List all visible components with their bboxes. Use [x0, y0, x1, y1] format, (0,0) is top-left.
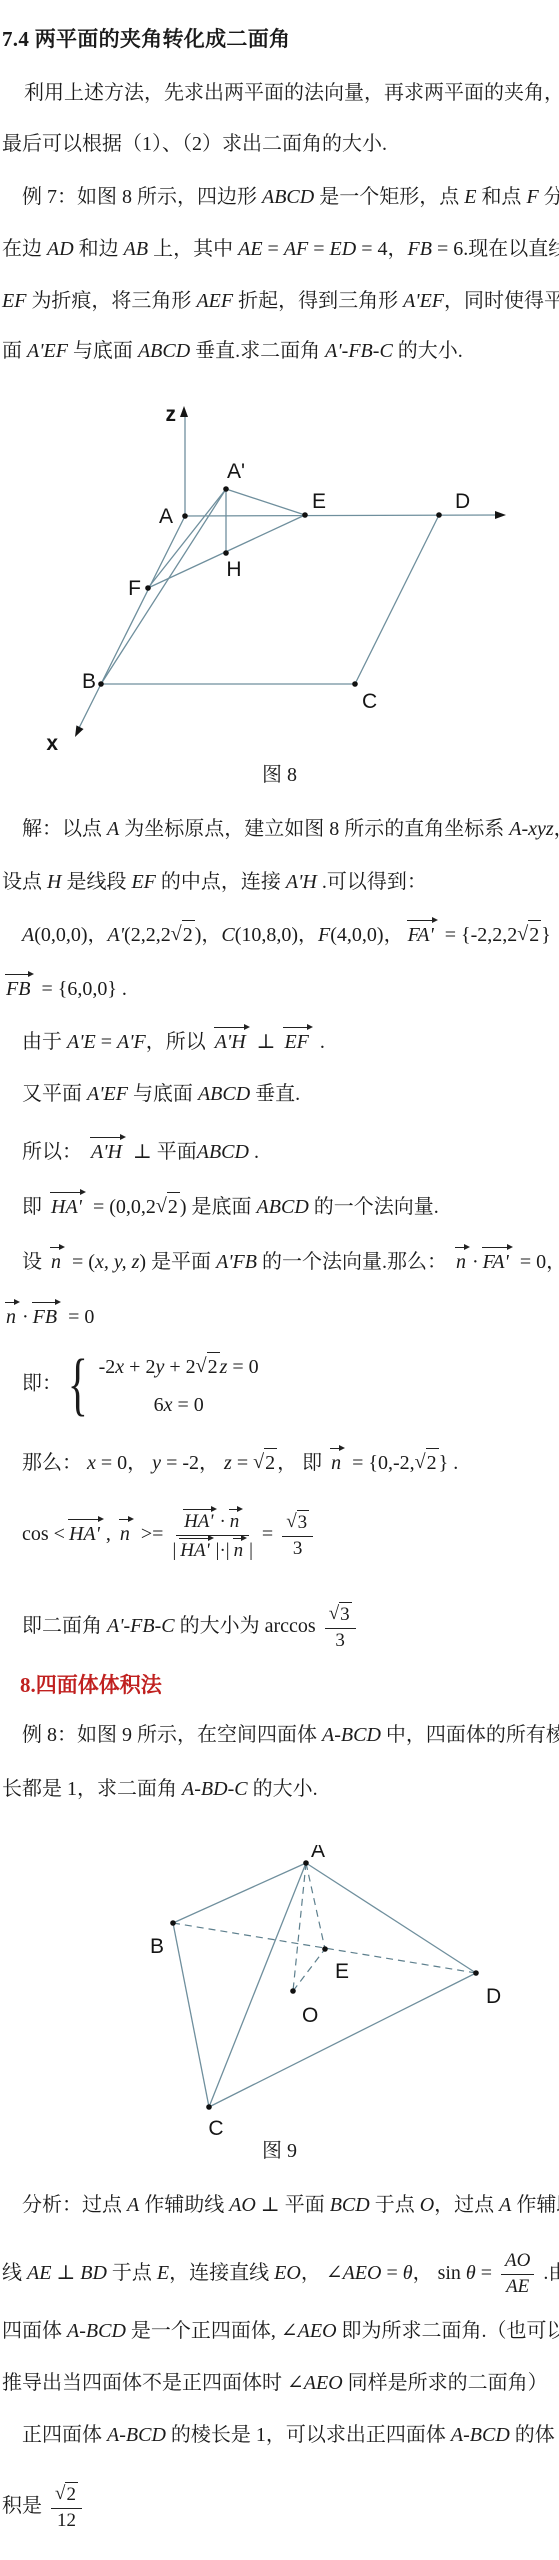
label-c: C: [208, 2117, 223, 2140]
analysis-line-1: 分析：过点 A 作辅助线 AO ⊥ 平面 BCD 于点 O，过点 A 作辅助: [22, 2192, 559, 2219]
solution-line-6: 又平面 A'EF 与底面 ABCD 垂直.: [22, 1081, 300, 1108]
label-e: E: [312, 490, 326, 513]
figure-9-diagram: A B E D O C: [0, 1845, 559, 2145]
label-d: D: [455, 490, 470, 513]
para-example8-1: 例 8：如图 9 所示，在空间四面体 A-BCD 中，四面体的所有棱: [22, 1722, 559, 1749]
x-arrowhead-icon: [71, 725, 83, 738]
solution-line-8: 即 HA' = (0,0,2√2) 是底面 ABCD 的一个法向量.: [22, 1191, 439, 1221]
label-b: B: [150, 1935, 164, 1958]
segment-ao: [293, 1863, 306, 1991]
edge-a1f: [148, 489, 226, 588]
solution-vector-fb: FB = {6,0,0} .: [2, 973, 127, 1003]
solution-conclusion: 即二面角 A'-FB-C 的大小为 arccos √33: [22, 1602, 360, 1653]
para-example7-2: 在边 AD 和边 AB 上，其中 AE = AF = ED = 4，FB = 6…: [2, 236, 559, 263]
figure-9-caption: 图 9: [0, 2138, 559, 2165]
solution-line-2: 设点 H 是线段 EF 的中点，连接 A'H .可以得到：: [2, 869, 427, 896]
page-title: 7.4 两平面的夹角转化成二面角: [2, 26, 290, 53]
point-f: [145, 585, 151, 591]
segment-ae: [306, 1863, 325, 1949]
edge-bc: [173, 1923, 209, 2107]
point-h: [223, 550, 229, 556]
z-arrowhead-icon: [180, 406, 188, 417]
para-method-1: 利用上述方法，先求出两平面的法向量，再求两平面的夹角，: [24, 80, 559, 107]
solution-line-10: n·FB = 0: [2, 1301, 94, 1331]
point-c: [206, 2104, 212, 2110]
edge-a1e: [226, 489, 305, 515]
figure-8-lines: [76, 412, 500, 734]
label-b: B: [82, 670, 96, 693]
point-b: [170, 1920, 176, 1926]
volume-line-1: 正四面体 A-BCD 的棱长是 1，可以求出正四面体 A-BCD 的体: [22, 2422, 555, 2449]
para-method-2: 最后可以根据（1）、（2）求出二面角的大小.: [2, 131, 387, 158]
label-f: F: [128, 577, 141, 600]
solution-line-9: 设 n = (x, y, z) 是平面 A'FB 的一个法向量.那么： n·FA…: [22, 1246, 559, 1276]
label-d: D: [486, 1985, 501, 2008]
label-e: E: [335, 1960, 349, 1983]
figure-8-caption: 图 8: [0, 762, 559, 789]
analysis-line-3: 四面体 A-BCD 是一个正四面体, ∠AEO 即为所求二面角.（也可以: [2, 2318, 559, 2345]
y-axis: [185, 515, 500, 516]
edge-cd: [209, 1973, 476, 2107]
point-d: [473, 1970, 479, 1976]
point-d: [436, 512, 442, 518]
point-b: [98, 681, 104, 687]
label-c: C: [362, 690, 377, 713]
para-example7-1: 例 7：如图 8 所示，四边形 ABCD 是一个矩形，点 E 和点 F 分别: [22, 184, 559, 211]
section-8-heading: 8.四面体体积法: [20, 1672, 162, 1699]
para-example8-2: 长都是 1，求二面角 A-BD-C 的大小.: [2, 1776, 318, 1803]
y-arrowhead-icon: [495, 511, 506, 519]
analysis-line-4: 推导出当四面体不是正四面体时 ∠AEO 同样是所求的二面角）: [2, 2370, 548, 2397]
analysis-line-2: 线 AE ⊥ BD 于点 E，连接直线 EO， ∠AEO = θ， sin θ …: [2, 2250, 559, 2299]
x-axis: [76, 516, 185, 734]
segment-oe: [293, 1949, 325, 1991]
point-e: [322, 1946, 328, 1952]
label-z: z: [166, 403, 177, 426]
figure-9-points: [170, 1860, 479, 2110]
figure-8-arrows: [71, 406, 506, 739]
point-o: [290, 1988, 296, 1994]
edge-cd: [355, 515, 439, 684]
edge-ad: [306, 1863, 476, 1973]
solution-coordinates: A(0,0,0)，A'(2,2,2√2)，C(10,8,0)，F(4,0,0)，…: [22, 919, 551, 949]
point-a: [182, 513, 188, 519]
point-c: [352, 681, 358, 687]
solution-line-7: 所以： A'H ⊥ 平面ABCD .: [22, 1136, 259, 1166]
figure-9-dashed-lines: [173, 1863, 476, 1991]
figure-9-solid-lines: [173, 1863, 476, 2107]
label-a: A: [159, 505, 173, 528]
label-a-prime: A': [227, 460, 245, 483]
point-e: [302, 512, 308, 518]
equation-system: 即： {-2x + 2y + 2√2z = 06x = 0: [22, 1352, 259, 1418]
label-x: x: [46, 732, 58, 755]
point-a-prime: [223, 486, 229, 492]
point-a: [303, 1860, 309, 1866]
solution-line-1: 解：以点 A 为坐标原点，建立如图 8 所示的直角坐标系 A-xyz，: [22, 816, 559, 843]
figure-9-labels: A B E D O C: [150, 1845, 501, 2140]
para-example7-4: 面 A'EF 与底面 ABCD 垂直.求二面角 A'-FB-C 的大小.: [2, 338, 463, 365]
document-page: 7.4 两平面的夹角转化成二面角 利用上述方法，先求出两平面的法向量，再求两平面…: [0, 0, 559, 2560]
para-example7-3: EF 为折痕，将三角形 AEF 折起，得到三角形 A'EF，同时使得平: [2, 288, 559, 315]
label-a: A: [311, 1845, 325, 1862]
label-h: H: [226, 558, 241, 581]
volume-line-2: 积是 √212: [2, 2482, 86, 2533]
figure-8-diagram: z x A A' E D H F B C: [0, 396, 559, 758]
solution-line-12: 那么： x = 0， y = -2， z = √2， 即 n = {0,-2,√…: [22, 1447, 458, 1477]
solution-line-5: 由于 A'E = A'F，所以 A'H ⊥ EF .: [22, 1026, 325, 1056]
cosine-formula: cos <HA', n >= HA'·n|HA'|·|n| = √33: [22, 1508, 317, 1563]
label-o: O: [302, 2004, 318, 2027]
